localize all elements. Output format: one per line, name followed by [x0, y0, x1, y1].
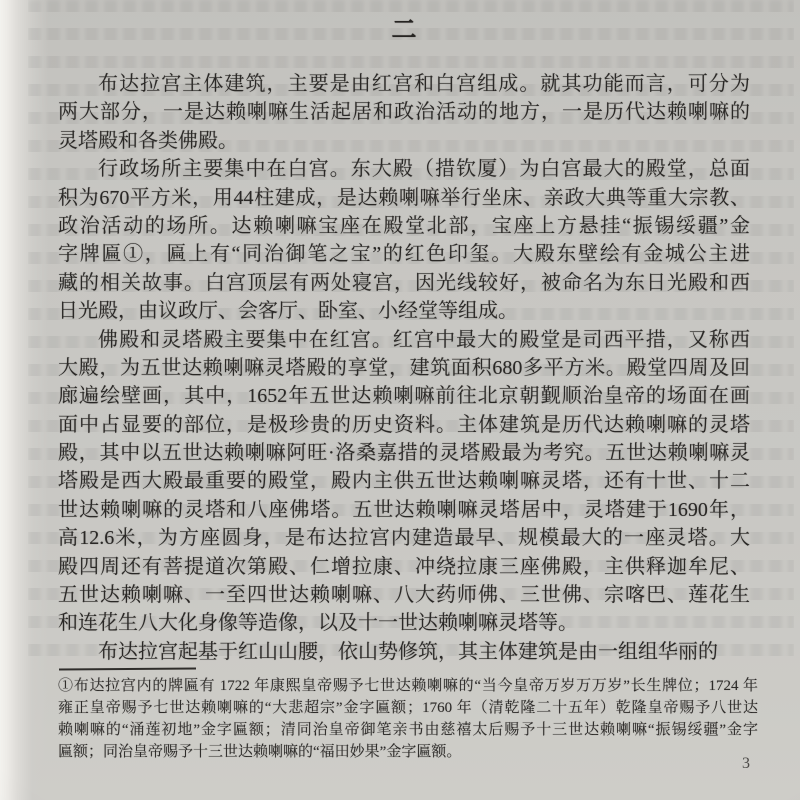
body-line: 五世达赖喇嘛、一至四世达赖喇嘛、八大药师佛、三世佛、宗喀巴、莲花生 [58, 581, 750, 609]
chapter-heading: 二 [58, 10, 750, 46]
body-line: 两大部分，一是达赖喇嘛生活起居和政治活动的地方，一是历代达赖喇嘛的 [58, 98, 750, 126]
footnote: ①布达拉宫内的牌匾有 1722 年康熙皇帝赐予七世达赖喇嘛的“当今皇帝万岁万万岁… [58, 675, 758, 763]
footnote-line: 雍正皇帝赐予七世达赖喇嘛的“大悲超宗”金字匾额；1760 年（清乾隆二十五年）乾… [58, 697, 758, 719]
footnote-line: ①布达拉宫内的牌匾有 1722 年康熙皇帝赐予七世达赖喇嘛的“当今皇帝万岁万万岁… [58, 675, 758, 697]
body-line: 殿，其中以五世达赖喇嘛阿旺·洛桑嘉措的灵塔殿最为考究。五世达赖喇嘛灵 [58, 439, 750, 467]
body-line: 殿四周还有菩提道次第殿、仁增拉康、冲绕拉康三座佛殿，主供释迦牟尼、 [58, 553, 750, 581]
body-line: 世达赖喇嘛的灵塔和八座佛塔。五世达赖喇嘛灵塔居中，灵塔建于1690年， [58, 496, 750, 524]
body-line: 灵塔殿和各类佛殿。 [58, 127, 750, 155]
body-line: 行政场所主要集中在白宫。东大殿（措钦厦）为白宫最大的殿堂，总面 [58, 155, 750, 183]
body-line: 布达拉宫起基于红山山腰，依山势修筑，其主体建筑是由一组组华丽的 [58, 638, 750, 666]
body-line: 字牌匾①，匾上有“同治御笔之宝”的红色印玺。大殿东壁绘有金城公主进 [58, 240, 750, 268]
body-line: 布达拉宫主体建筑，主要是由红宫和白宫组成。就其功能而言，可分为 [58, 70, 750, 98]
body-text: 布达拉宫主体建筑，主要是由红宫和白宫组成。就其功能而言，可分为两大部分，一是达赖… [58, 70, 750, 666]
body-line: 廊遍绘壁画，其中，1652年五世达赖喇嘛前往北京朝觐顺治皇帝的场面在画 [58, 382, 750, 410]
footnote-line: 赖喇嘛的“涌莲初地”金字匾额；清同治皇帝御笔亲书由慈禧太后赐予十三世达赖喇嘛“振… [58, 719, 758, 741]
body-line: 大殿，为五世达赖喇嘛灵塔殿的享堂，建筑面积680多平方米。殿堂四周及回 [58, 354, 750, 382]
body-line: 塔殿是西大殿最重要的殿堂，殿内主供五世达赖喇嘛灵塔，还有十世、十二 [58, 467, 750, 495]
page-number: 3 [726, 755, 766, 773]
body-line: 和连花生八大化身像等造像，以及十一世达赖喇嘛灵塔等。 [58, 609, 750, 637]
body-line: 佛殿和灵塔殿主要集中在红宫。红宫中最大的殿堂是司西平措，又称西 [58, 326, 750, 354]
body-line: 积为670平方米，用44柱建成，是达赖喇嘛举行坐床、亲政大典等重大宗教、 [58, 184, 750, 212]
footnote-separator [59, 668, 196, 671]
book-page-photo: 二 布达拉宫主体建筑，主要是由红宫和白宫组成。就其功能而言，可分为两大部分，一是… [0, 0, 800, 800]
page-content: 二 布达拉宫主体建筑，主要是由红宫和白宫组成。就其功能而言，可分为两大部分，一是… [58, 0, 758, 800]
body-line: 藏的相关故事。白宫顶层有两处寝宫，因光线较好，被命名为东日光殿和西 [58, 269, 750, 297]
body-line: 面中占显要的部位，是极珍贵的历史资料。主体建筑是历代达赖喇嘛的灵塔 [58, 411, 750, 439]
body-line: 高12.6米，为方座圆身，是布达拉宫内建造最早、规模最大的一座灵塔。大 [58, 524, 750, 552]
body-line: 政治活动的场所。达赖喇嘛宝座在殿堂北部，宝座上方悬挂“振锡绥疆”金 [58, 212, 750, 240]
body-line: 日光殿，由议政厅、会客厅、卧室、小经堂等组成。 [58, 297, 750, 325]
footnote-line: 匾额；同治皇帝赐予十三世达赖喇嘛的“福田妙果”金字匾额。 [58, 741, 758, 763]
